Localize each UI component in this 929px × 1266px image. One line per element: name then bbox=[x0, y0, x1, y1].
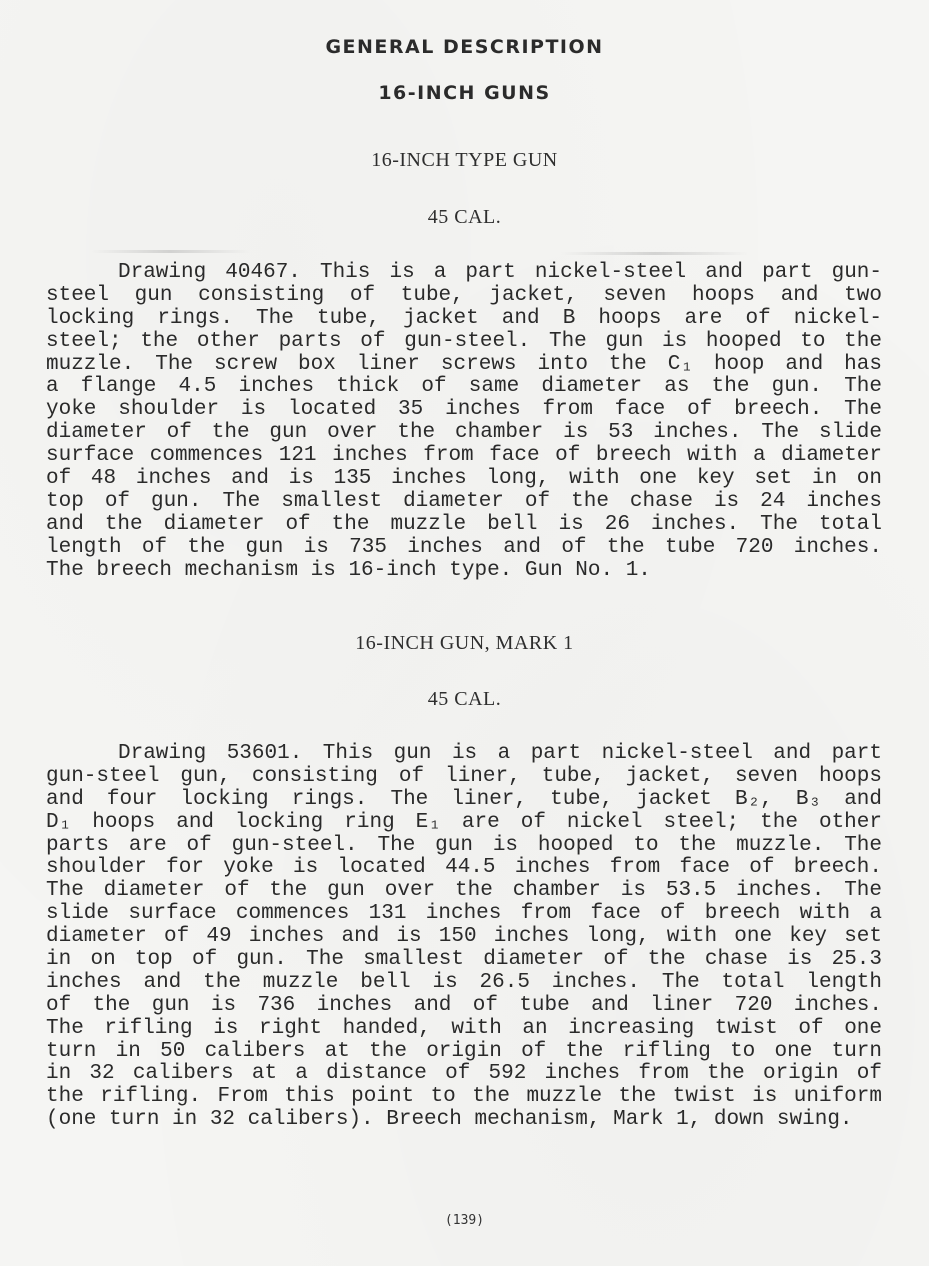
text-line: The breech mechanism is 16-inch type. Gu… bbox=[46, 560, 882, 583]
text-line: the rifling. From this point to the muzz… bbox=[46, 1086, 882, 1109]
text-line: and the diameter of the muzzle bell is 2… bbox=[46, 514, 882, 537]
text-line: yoke shoulder is located 35 inches from … bbox=[46, 399, 882, 422]
text-line: length of the gun is 735 inches and of t… bbox=[46, 537, 882, 560]
section-2-heading: 16-INCH GUN, MARK 1 bbox=[0, 632, 929, 655]
scan-smudge bbox=[560, 252, 750, 255]
section-2-caliber: 45 CAL. bbox=[0, 688, 929, 711]
text-line: of the gun is 736 inches and of tube and… bbox=[46, 995, 882, 1018]
text-line: Drawing 53601. This gun is a part nickel… bbox=[46, 743, 882, 766]
document-page: GENERAL DESCRIPTION 16-INCH GUNS 16-INCH… bbox=[0, 0, 929, 1266]
text-line: a flange 4.5 inches thick of same diamet… bbox=[46, 376, 882, 399]
text-line: in on top of gun. The smallest diameter … bbox=[46, 949, 882, 972]
text-line: shoulder for yoke is located 44.5 inches… bbox=[46, 857, 882, 880]
text-line: locking rings. The tube, jacket and B ho… bbox=[46, 308, 882, 331]
text-line: and four locking rings. The liner, tube,… bbox=[46, 789, 882, 812]
section-1-caliber: 45 CAL. bbox=[0, 206, 929, 229]
text-line: diameter of 49 inches and is 150 inches … bbox=[46, 926, 882, 949]
text-line: turn in 50 calibers at the origin of the… bbox=[46, 1041, 882, 1064]
text-line: muzzle. The screw box liner screws into … bbox=[46, 354, 882, 377]
text-line: in 32 calibers at a distance of 592 inch… bbox=[46, 1063, 882, 1086]
text-line: inches and the muzzle bell is 26.5 inche… bbox=[46, 972, 882, 995]
text-line: (one turn in 32 calibers). Breech mechan… bbox=[46, 1109, 882, 1132]
section-2-paragraph: Drawing 53601. This gun is a part nickel… bbox=[46, 743, 882, 1132]
document-subtitle: 16-INCH GUNS bbox=[0, 82, 929, 104]
text-line: gun-steel gun, consisting of liner, tube… bbox=[46, 766, 882, 789]
text-line: top of gun. The smallest diameter of the… bbox=[46, 491, 882, 514]
section-1-paragraph: Drawing 40467. This is a part nickel-ste… bbox=[46, 262, 882, 582]
text-line: The rifling is right handed, with an inc… bbox=[46, 1018, 882, 1041]
section-1-heading: 16-INCH TYPE GUN bbox=[0, 149, 929, 172]
text-line: slide surface commences 131 inches from … bbox=[46, 903, 882, 926]
text-line: D₁ hoops and locking ring E₁ are of nick… bbox=[46, 812, 882, 835]
text-line: surface commences 121 inches from face o… bbox=[46, 445, 882, 468]
text-line: of 48 inches and is 135 inches long, wit… bbox=[46, 468, 882, 491]
scan-smudge bbox=[90, 250, 250, 253]
text-line: diameter of the gun over the chamber is … bbox=[46, 422, 882, 445]
text-line: The diameter of the gun over the chamber… bbox=[46, 880, 882, 903]
text-line: steel gun consisting of tube, jacket, se… bbox=[46, 285, 882, 308]
text-line: Drawing 40467. This is a part nickel-ste… bbox=[46, 262, 882, 285]
text-line: parts are of gun-steel. The gun is hoope… bbox=[46, 835, 882, 858]
document-title: GENERAL DESCRIPTION bbox=[0, 36, 929, 58]
text-line: steel; the other parts of gun-steel. The… bbox=[46, 331, 882, 354]
page-number: (139) bbox=[0, 1213, 929, 1228]
